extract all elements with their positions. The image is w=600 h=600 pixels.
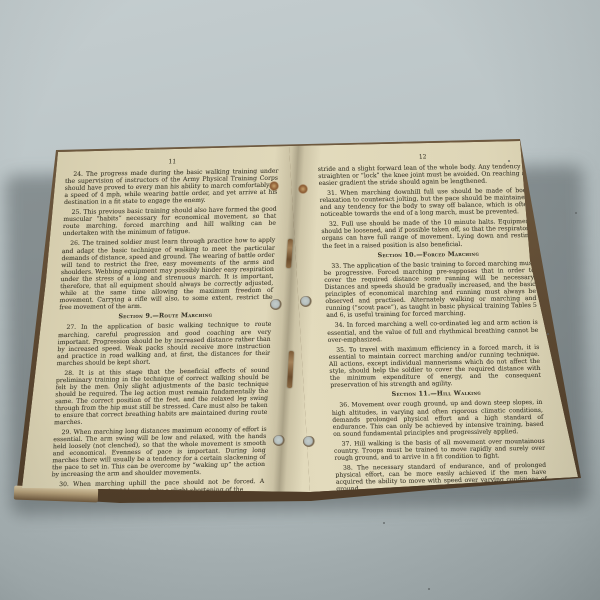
paragraph-26: 26. The trained soldier must learn throu…: [59, 237, 275, 311]
dust-speck: [383, 522, 385, 524]
dust-speck: [508, 160, 510, 162]
paragraph-33: 33. The application of the basic trainin…: [323, 260, 537, 319]
paragraph-34: 34. In forced marching a well co-ordinat…: [327, 319, 539, 343]
punch-hole-left-bottom: [273, 435, 285, 446]
paragraph-24: 24. The progress made during the basic w…: [64, 168, 279, 207]
page-11-text: 11 24. The progress made during the basi…: [51, 157, 279, 499]
section-11-heading: Section 11.—Hill Walking: [331, 389, 542, 399]
page-number-12: 12: [317, 152, 528, 162]
paragraph-37: 37. Hill walking is the basis of all mov…: [333, 438, 545, 462]
punch-hole-left-middle: [270, 299, 282, 310]
paragraph-30-continued: stride and a slight forward lean of the …: [318, 163, 530, 187]
section-9-heading: Section 9.—Route Marching: [59, 311, 272, 321]
rust-hole-left-top: [269, 181, 279, 191]
paragraph-31: 31. When marching downhill full use shou…: [319, 187, 532, 218]
rust-hole-right-top: [298, 184, 308, 194]
punch-hole-right-bottom: [303, 436, 315, 447]
paragraph-35: 35. To travel with maximum efficiency in…: [328, 344, 541, 389]
paragraph-32: 32. Full use should be made of the 10 mi…: [321, 218, 534, 249]
paragraph-27: 27. In the application of basic walking …: [57, 321, 272, 367]
dust-speck: [547, 333, 549, 335]
punch-hole-right-middle: [300, 296, 312, 307]
booklet-photo: 11 24. The progress made during the basi…: [0, 0, 600, 600]
dust-speck: [575, 212, 577, 214]
paragraph-28: 28. It is at this stage that the benefic…: [54, 367, 270, 427]
paragraph-29: 29. When marching long distances maximum…: [52, 426, 267, 479]
page-12-text: 12 stride and a slight forward lean of t…: [317, 152, 548, 496]
section-10-heading: Section 10.—Forced Marching: [323, 250, 534, 260]
paragraph-36: 36. Movement over rough ground, up and d…: [331, 399, 544, 437]
paragraph-25: 25. This previous basic training should …: [62, 206, 276, 238]
dust-speck: [428, 588, 430, 590]
